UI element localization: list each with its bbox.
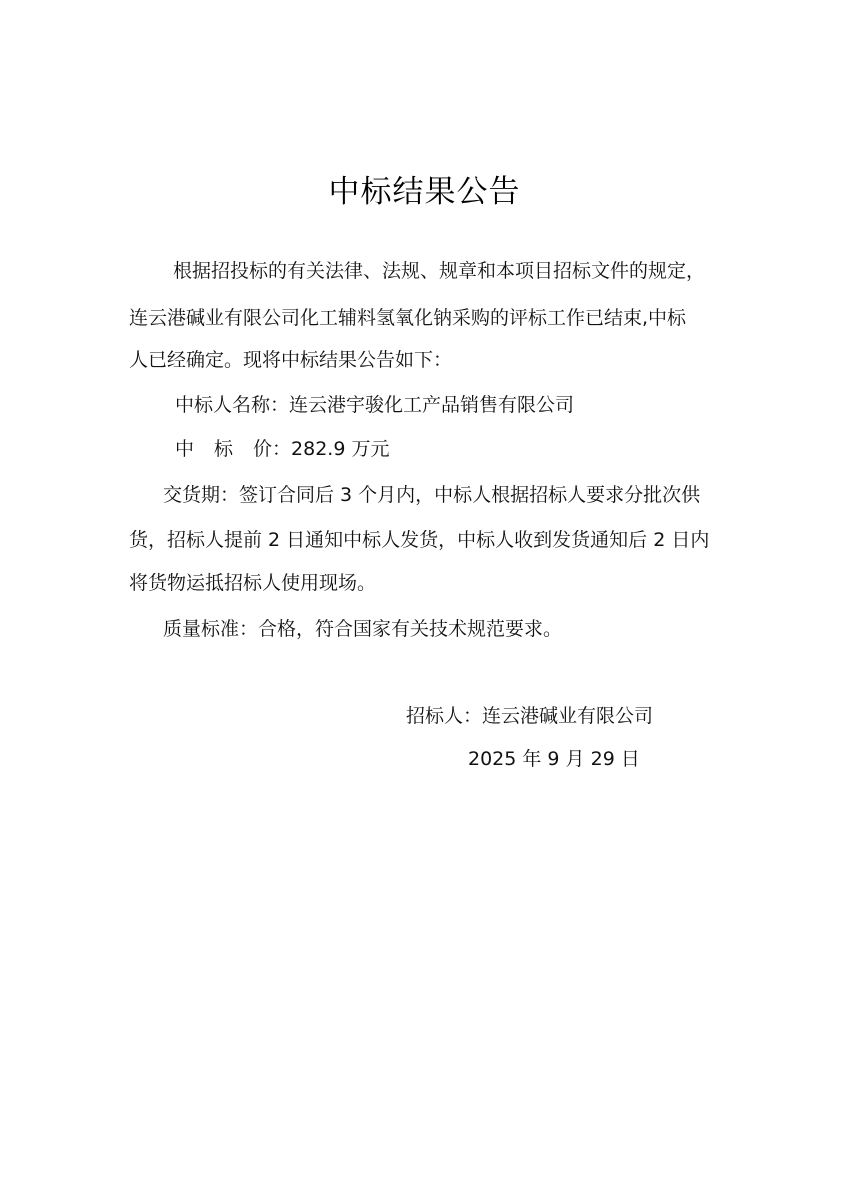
delivery-line-1: 交货期：签订合同后 3 个月内，中标人根据招标人要求分批次供 xyxy=(163,482,700,508)
date: 2025 年 9 月 29 日 xyxy=(468,746,640,772)
price-label-char-1: 中 xyxy=(175,438,194,460)
delivery-line-3: 将货物运抵招标人使用现场。 xyxy=(129,570,376,596)
price-label-char-2: 标 xyxy=(214,438,233,460)
intro-line-2: 连云港碱业有限公司化工辅料氢氧化钠采购的评标工作已结束,中标 xyxy=(129,305,686,331)
document-page: 中标结果公告 根据招投标的有关法律、法规、规章和本项目招标文件的规定， 连云港碱… xyxy=(0,0,849,1200)
intro-line-3: 人已经确定。现将中标结果公告如下： xyxy=(129,347,452,373)
price-value: 282.9 万元 xyxy=(291,438,389,460)
price-label-char-3: 价： xyxy=(253,438,291,460)
price-row: 中标价：282.9 万元 xyxy=(175,436,389,462)
delivery-line-2: 货，招标人提前 2 日通知中标人发货，中标人收到发货通知后 2 日内 xyxy=(129,527,709,553)
quality-standard: 质量标准：合格，符合国家有关技术规范要求。 xyxy=(163,616,562,642)
winner-label: 中标人名称： xyxy=(175,394,289,416)
signature: 招标人：连云港碱业有限公司 xyxy=(406,703,653,729)
winner-name: 连云港宇骏化工产品销售有限公司 xyxy=(289,394,574,416)
document-title: 中标结果公告 xyxy=(0,170,849,214)
winner-row: 中标人名称：连云港宇骏化工产品销售有限公司 xyxy=(175,392,574,418)
intro-line-1: 根据招投标的有关法律、法规、规章和本项目招标文件的规定， xyxy=(173,258,705,284)
